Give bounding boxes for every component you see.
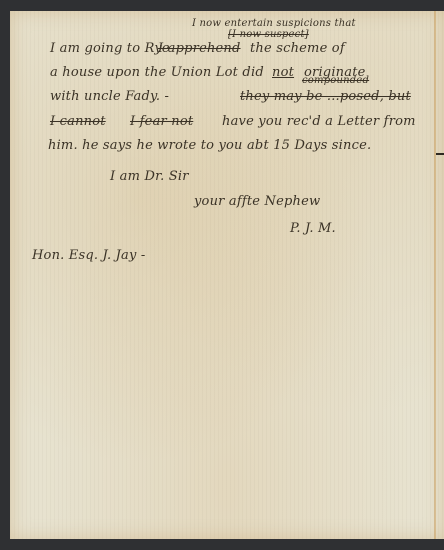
letter-page: I now entertain suspicions that [I now s…	[10, 11, 444, 539]
struck-i-cannot: I cannot	[50, 114, 106, 129]
struck-interlinear-compounded: compounded	[302, 75, 369, 86]
struck-i-fear-not: I fear not	[130, 114, 193, 129]
addressee: Hon. Esq. J. Jay -	[32, 248, 145, 263]
text-line-4c: have you rec'd a Letter from	[222, 114, 416, 129]
interlinear-insertion: I now entertain suspicions that	[192, 18, 356, 29]
struck-interlinear: [I now suspect]	[228, 29, 309, 40]
text-line-3a: with uncle Fady. -	[50, 89, 169, 104]
text-line-5: him. he says he wrote to you abt 15 Days…	[48, 138, 371, 153]
closing-salutation: I am Dr. Sir	[110, 169, 189, 184]
signature: P. J. M.	[290, 221, 336, 236]
struck-word-apprehend: I apprehend	[158, 41, 241, 56]
underlined-not: not	[272, 65, 294, 80]
text-line-1c: the scheme of	[250, 41, 345, 56]
text-line-2a: a house upon the Union Lot did	[50, 65, 264, 80]
trailing-dash	[436, 153, 444, 155]
paper-fold-line	[434, 11, 436, 539]
struck-line-3: they may be ...posed, but	[240, 89, 411, 104]
closing-nephew: your affte Nephew	[194, 194, 320, 209]
